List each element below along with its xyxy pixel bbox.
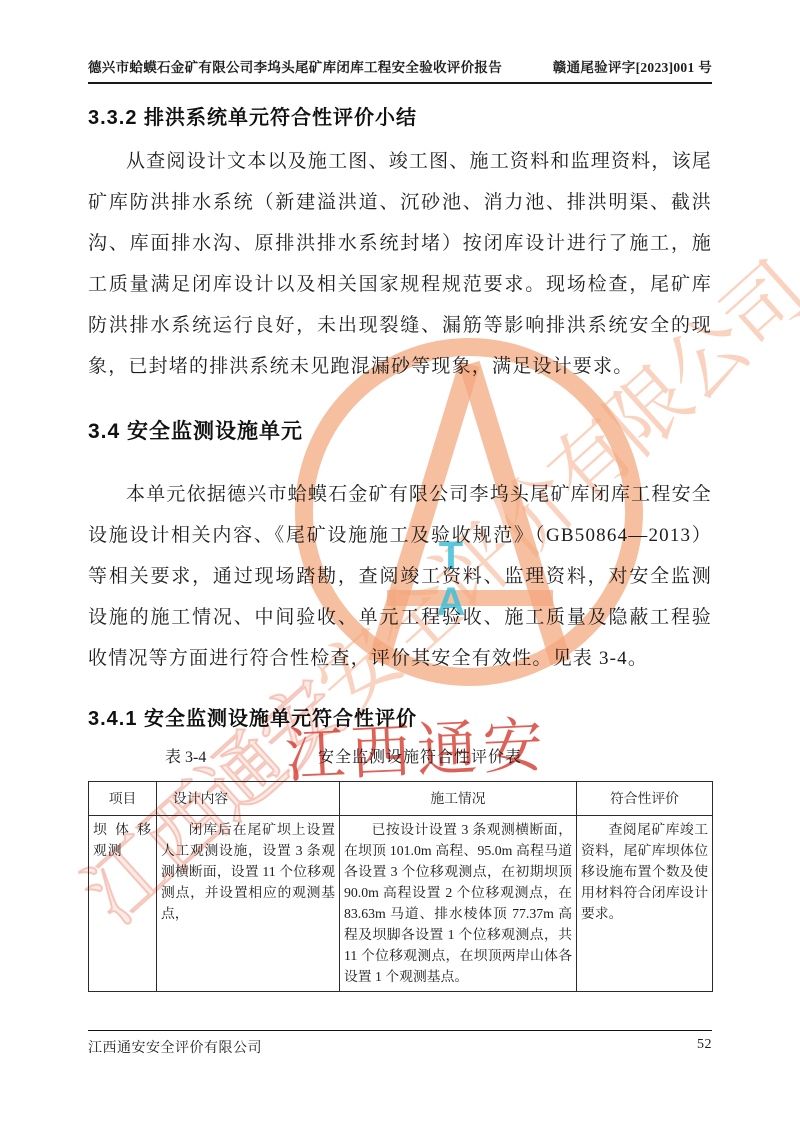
col-header-construction: 施工情况 (340, 782, 577, 816)
footer-page-number: 52 (697, 1037, 712, 1053)
table-row: 坝体移观测 闭库后在尾矿坝上设置人工观测设施，设置 3 条观测横断面，设置 11… (89, 816, 713, 992)
cell-construction: 已按设计设置 3 条观测横断面，在坝顶 101.0m 高程、95.0m 高程马道… (340, 816, 577, 992)
footer-company: 江西通安安全评价有限公司 (88, 1037, 262, 1057)
col-header-evaluation: 符合性评价 (577, 782, 713, 816)
cell-evaluation: 查阅尾矿库竣工资料，尾矿库坝体位移设施布置个数及使用材料符合闭库设计要求。 (577, 816, 713, 992)
page-header: 德兴市蛤蟆石金矿有限公司李坞头尾矿库闭库工程安全验收评价报告 赣通尾验评字[20… (88, 56, 712, 84)
table-caption-label: 表 3-4 (165, 744, 206, 767)
table-header-row: 项目 设计内容 施工情况 符合性评价 (89, 782, 713, 816)
page-footer: 江西通安安全评价有限公司 52 (88, 1030, 712, 1057)
table-caption: 表 3-4 安全监测设施符合性评价表 (88, 744, 712, 768)
section-paragraph-332: 从查阅设计文本以及施工图、竣工图、施工资料和监理资料，该尾矿库防洪排水系统（新建… (88, 141, 712, 387)
section-heading-332: 3.3.2 排洪系统单元符合性评价小结 (88, 101, 712, 130)
cell-design: 闭库后在尾矿坝上设置人工观测设施，设置 3 条观测横断面，设置 11 个位移观测… (157, 816, 340, 992)
document-page: 江西通安安全评价有限公司 TA 江西通安 德兴市蛤蟆石金矿有限公司李坞头尾矿库闭… (0, 0, 800, 1131)
table-caption-title: 安全监测设施符合性评价表 (318, 744, 522, 767)
section-paragraph-34: 本单元依据德兴市蛤蟆石金矿有限公司李坞头尾矿库闭库工程安全设施设计相关内容、《尾… (88, 474, 712, 679)
col-header-design: 设计内容 (157, 782, 340, 816)
cell-item: 坝体移观测 (89, 816, 157, 992)
header-report-title: 德兴市蛤蟆石金矿有限公司李坞头尾矿库闭库工程安全验收评价报告 (88, 56, 502, 76)
evaluation-table: 项目 设计内容 施工情况 符合性评价 坝体移观测 闭库后在尾矿坝上设置人工观测设… (88, 781, 713, 992)
col-header-item: 项目 (89, 782, 157, 816)
header-doc-number: 赣通尾验评字[2023]001 号 (553, 56, 712, 76)
section-heading-341: 3.4.1 安全监测设施单元符合性评价 (88, 702, 712, 731)
section-heading-34: 3.4 安全监测设施单元 (88, 415, 712, 445)
